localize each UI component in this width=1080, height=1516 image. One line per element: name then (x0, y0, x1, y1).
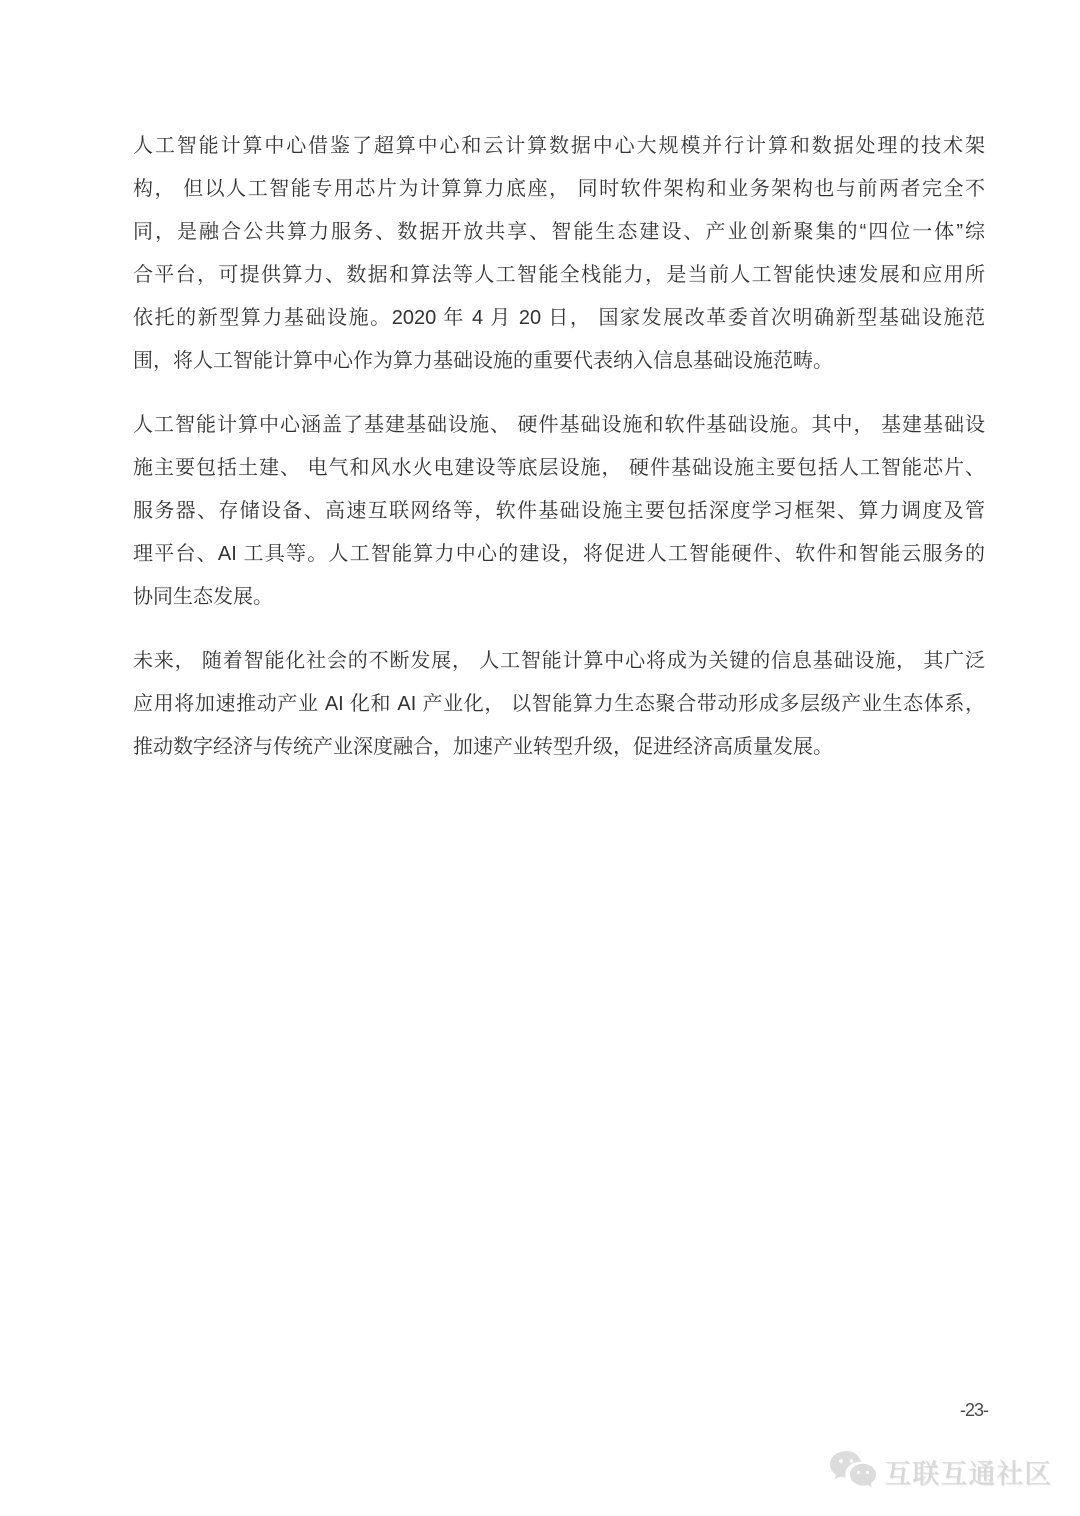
text-line: 未来， 随着智能化社会的不断发展， 人工智能计算中心将成为关键的信息基础设施， … (133, 640, 985, 683)
text-line: 构， 但以人工智能专用芯片为计算算力底座， 同时软件架构和业务架构也与前两者完全… (133, 168, 985, 211)
text-line: 围，将人工智能计算中心作为算力基础设施的重要代表纳入信息基础设施范畴。 (133, 340, 985, 383)
body-text: 人工智能计算中心借鉴了超算中心和云计算数据中心大规模并行计算和数据处理的技术架构… (133, 125, 985, 790)
paragraph: 人工智能计算中心涵盖了基建基础设施、 硬件基础设施和软件基础设施。其中， 基建基… (133, 404, 985, 619)
text-line: 同，是融合公共算力服务、数据开放共享、智能生态建设、产业创新聚集的“四位一体”综 (133, 211, 985, 254)
paragraph: 未来， 随着智能化社会的不断发展， 人工智能计算中心将成为关键的信息基础设施， … (133, 640, 985, 769)
text-line: 施主要包括土建、 电气和风水火电建设等底层设施， 硬件基础设施主要包括人工智能芯… (133, 447, 985, 490)
text-line: 合平台，可提供算力、数据和算法等人工智能全栈能力，是当前人工智能快速发展和应用所 (133, 254, 985, 297)
paragraph: 人工智能计算中心借鉴了超算中心和云计算数据中心大规模并行计算和数据处理的技术架构… (133, 125, 985, 383)
page-number: -23- (960, 1400, 988, 1421)
wechat-icon (829, 1450, 877, 1492)
text-line: 协同生态发展。 (133, 576, 985, 619)
text-line: 理平台、AI 工具等。人工智能算力中心的建设，将促进人工智能硬件、软件和智能云服… (133, 533, 985, 576)
text-line: 推动数字经济与传统产业深度融合，加速产业转型升级，促进经济高质量发展。 (133, 726, 985, 769)
watermark: 互联互通社区 (829, 1450, 1052, 1492)
text-line: 人工智能计算中心涵盖了基建基础设施、 硬件基础设施和软件基础设施。其中， 基建基… (133, 404, 985, 447)
text-line: 依托的新型算力基础设施。2020 年 4 月 20 日， 国家发展改革委首次明确… (133, 297, 985, 340)
document-page: 人工智能计算中心借鉴了超算中心和云计算数据中心大规模并行计算和数据处理的技术架构… (0, 0, 1080, 1516)
text-line: 服务器、存储设备、高速互联网络等，软件基础设施主要包括深度学习框架、算力调度及管 (133, 490, 985, 533)
watermark-text: 互联互通社区 (884, 1452, 1052, 1491)
text-line: 人工智能计算中心借鉴了超算中心和云计算数据中心大规模并行计算和数据处理的技术架 (133, 125, 985, 168)
text-line: 应用将加速推动产业 AI 化和 AI 产业化， 以智能算力生态聚合带动形成多层级… (133, 683, 985, 726)
